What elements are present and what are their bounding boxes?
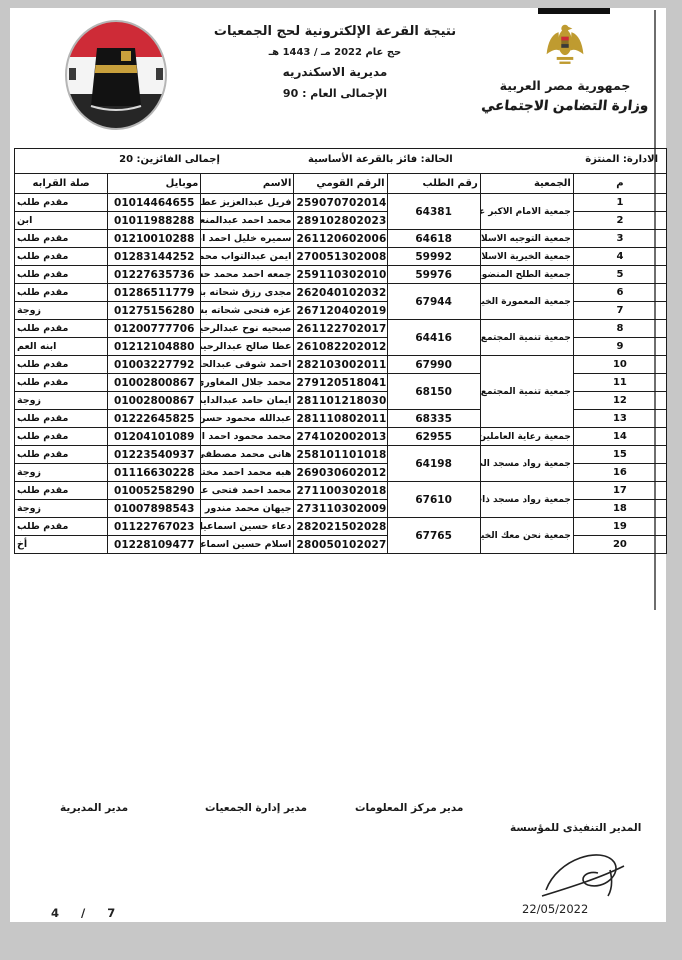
cell-request-number: 67944 bbox=[387, 284, 480, 320]
cell-serial: 9 bbox=[573, 338, 666, 356]
cell-mobile: 01014464655 bbox=[108, 194, 201, 212]
page-separator: / bbox=[81, 906, 85, 920]
cell-relation: زوجة bbox=[15, 392, 108, 410]
scanned-document-canvas: نتيجة القرعة الإلكترونية لحج الجمعيات حج… bbox=[0, 0, 682, 960]
signatory-associations-admin-manager: مدير إدارة الجمعيات bbox=[205, 802, 307, 814]
cell-request-number: 64416 bbox=[387, 320, 480, 356]
cell-serial: 5 bbox=[573, 266, 666, 284]
cell-serial: 12 bbox=[573, 392, 666, 410]
directorate-line: مديرية الاسكندريه bbox=[195, 65, 475, 79]
cell-relation: مقدم طلب bbox=[15, 194, 108, 212]
cell-national-id: 28210300201172 bbox=[294, 356, 387, 374]
column-header-c-nid: الرقم القومي bbox=[294, 174, 387, 194]
cell-mobile: 01007898543 bbox=[108, 500, 201, 518]
page-number: 4/7 bbox=[40, 906, 126, 920]
document-title-block: نتيجة القرعة الإلكترونية لحج الجمعيات حج… bbox=[195, 24, 475, 100]
cell-name: صبحيه نوح عبدالرحيم عبدالرحمن bbox=[201, 320, 294, 338]
signatory-executive-director: المدير التنفيذى للمؤسسة bbox=[510, 822, 641, 834]
cell-mobile: 01003227792 bbox=[108, 356, 201, 374]
column-header-c-mob: موبايل bbox=[108, 174, 201, 194]
cell-relation: مقدم طلب bbox=[15, 356, 108, 374]
cell-serial: 20 bbox=[573, 536, 666, 554]
cell-name: عزه فتحى شحاته بسيونى سليم bbox=[201, 302, 294, 320]
cell-name: اسلام حسين اسماعيل محمد فراج bbox=[201, 536, 294, 554]
cell-association: جمعية التوجيه الاسلامى لابناء العصافرة bbox=[480, 230, 573, 248]
cell-request-number: 62955 bbox=[387, 428, 480, 446]
cell-relation: أخ bbox=[15, 536, 108, 554]
cell-serial: 4 bbox=[573, 248, 666, 266]
cell-name: جيهان محمد مندور يوسف مرسى bbox=[201, 500, 294, 518]
cell-name: هانى محمد مصطفى الميقاتى bbox=[201, 446, 294, 464]
cell-request-number: 59992 bbox=[387, 248, 480, 266]
cell-request-number: 67990 bbox=[387, 356, 480, 374]
cell-national-id: 28110121803041 bbox=[294, 392, 387, 410]
cell-association: جمعية تنمية المجتمع بمدينة السماد bbox=[480, 356, 573, 428]
cell-request-number: 64618 bbox=[387, 230, 480, 248]
table-row: 19جمعية نحن معك الخيرية67765282021502028… bbox=[15, 518, 667, 536]
document-title: نتيجة القرعة الإلكترونية لحج الجمعيات bbox=[195, 24, 475, 39]
cell-serial: 2 bbox=[573, 212, 666, 230]
country-name: جمهورية مصر العربية bbox=[480, 78, 650, 93]
cell-mobile: 01275156280 bbox=[108, 302, 201, 320]
cell-association: جمعية الخيرية الاسلامية بمسجد السيوف بحر… bbox=[480, 248, 573, 266]
cell-name: عطا صالح عبدالرحيم عبدالرحمن bbox=[201, 338, 294, 356]
cell-name: ايمن عبدالتواب محمود محمد طايل bbox=[201, 248, 294, 266]
document-date: 22/05/2022 bbox=[522, 902, 588, 916]
column-header-c-req: رقم الطلب bbox=[387, 174, 480, 194]
cell-national-id: 28202150202822 bbox=[294, 518, 387, 536]
cell-mobile: 01210010288 bbox=[108, 230, 201, 248]
cell-mobile: 01002800867 bbox=[108, 392, 201, 410]
cell-national-id: 26712040201902 bbox=[294, 302, 387, 320]
cell-association: جمعية رواد مسجد الطويل bbox=[480, 446, 573, 482]
ministry-name: وزارة التضامن الاجتماعي bbox=[479, 98, 651, 114]
table-row: 4جمعية الخيرية الاسلامية بمسجد السيوف بح… bbox=[15, 248, 667, 266]
cell-national-id: 26204010203271 bbox=[294, 284, 387, 302]
cell-national-id: 26108220201248 bbox=[294, 338, 387, 356]
cell-relation: مقدم طلب bbox=[15, 248, 108, 266]
cell-relation: زوجة bbox=[15, 464, 108, 482]
cell-name: دعاء حسين اسماعيل محمد فراج bbox=[201, 518, 294, 536]
cell-national-id: 25907070201461 bbox=[294, 194, 387, 212]
cell-name: سميره خليل احمد ابراهيم bbox=[201, 230, 294, 248]
cell-serial: 13 bbox=[573, 410, 666, 428]
cell-serial: 18 bbox=[573, 500, 666, 518]
cell-relation: مقدم طلب bbox=[15, 410, 108, 428]
cell-relation: ابنه العم bbox=[15, 338, 108, 356]
table-row: 17جمعية رواد مسجد ذات النطاقين للتنمية67… bbox=[15, 482, 667, 500]
cell-serial: 10 bbox=[573, 356, 666, 374]
cell-request-number: 68335 bbox=[387, 410, 480, 428]
cell-relation: مقدم طلب bbox=[15, 284, 108, 302]
document-page: نتيجة القرعة الإلكترونية لحج الجمعيات حج… bbox=[10, 8, 666, 922]
cell-relation: مقدم طلب bbox=[15, 518, 108, 536]
cell-serial: 3 bbox=[573, 230, 666, 248]
cell-name: محمد احمد عبدالمنعم محمد سردينه bbox=[201, 212, 294, 230]
cell-serial: 1 bbox=[573, 194, 666, 212]
table-row: 3جمعية التوجيه الاسلامى لابناء العصافرة6… bbox=[15, 230, 667, 248]
cell-relation: ابن bbox=[15, 212, 108, 230]
table-row: 5جمعية الطلح المنضود5997625911030201075ج… bbox=[15, 266, 667, 284]
cell-name: احمد شوقى عبدالحليم عبده العفيفى bbox=[201, 356, 294, 374]
cell-association: جمعية الطلح المنضود bbox=[480, 266, 573, 284]
cell-request-number: 67610 bbox=[387, 482, 480, 518]
table-row: 8جمعية تنمية المجتمع بعزبة عرامة64416261… bbox=[15, 320, 667, 338]
cell-association: جمعية تنمية المجتمع بعزبة عرامة bbox=[480, 320, 573, 356]
cell-national-id: 27110030201894 bbox=[294, 482, 387, 500]
cell-national-id: 25911030201075 bbox=[294, 266, 387, 284]
table-header-row: مالجمعيةرقم الطلبالرقم القوميالاسمموبايل… bbox=[15, 174, 667, 194]
cell-national-id: 27912051804113 bbox=[294, 374, 387, 392]
cell-name: هبه محمد احمد مختار bbox=[201, 464, 294, 482]
cell-national-id: 26112060200689 bbox=[294, 230, 387, 248]
cell-relation: زوجة bbox=[15, 500, 108, 518]
signatory-directorate-manager: مدير المديرية bbox=[60, 802, 128, 814]
cell-name: ايمان حامد عبدالدايم فتح الله محيسن bbox=[201, 392, 294, 410]
table-row: 6جمعية المعمورة الخيرية الاسلامية6794426… bbox=[15, 284, 667, 302]
table-row: 1جمعية الامام الاكبر عبد الحليم محمود643… bbox=[15, 194, 667, 212]
cell-serial: 6 bbox=[573, 284, 666, 302]
cell-mobile: 01204101089 bbox=[108, 428, 201, 446]
cell-association: جمعية المعمورة الخيرية الاسلامية bbox=[480, 284, 573, 320]
cell-serial: 19 bbox=[573, 518, 666, 536]
cell-association: جمعية رواد مسجد ذات النطاقين للتنمية bbox=[480, 482, 573, 518]
cell-national-id: 27005130200897 bbox=[294, 248, 387, 266]
cell-national-id: 28005010202733 bbox=[294, 536, 387, 554]
cell-mobile: 01283144252 bbox=[108, 248, 201, 266]
cell-mobile: 01116630228 bbox=[108, 464, 201, 482]
cell-relation: مقدم طلب bbox=[15, 266, 108, 284]
cell-name: محمد احمد فتحى عبدالفتاح محمد bbox=[201, 482, 294, 500]
cell-mobile: 01011988288 bbox=[108, 212, 201, 230]
egypt-eagle-emblem-icon bbox=[542, 55, 588, 74]
column-header-c-name: الاسم bbox=[201, 174, 294, 194]
cell-mobile: 01122767023 bbox=[108, 518, 201, 536]
cell-relation: مقدم طلب bbox=[15, 230, 108, 248]
cell-national-id: 27311030200982 bbox=[294, 500, 387, 518]
signatory-information-center-manager: مدير مركز المعلومات bbox=[355, 802, 463, 814]
cell-national-id: 28111080201119 bbox=[294, 410, 387, 428]
column-header-c-assoc: الجمعية bbox=[480, 174, 573, 194]
cell-name: محمد جلال المغاورى محمد الضوى bbox=[201, 374, 294, 392]
cell-association: جمعية نحن معك الخيرية bbox=[480, 518, 573, 554]
cell-national-id: 26903060201241 bbox=[294, 464, 387, 482]
cell-request-number: 59976 bbox=[387, 266, 480, 284]
cell-serial: 16 bbox=[573, 464, 666, 482]
cell-mobile: 01002800867 bbox=[108, 374, 201, 392]
status-label: الحالة: فائز بالقرعة الأساسية bbox=[308, 154, 453, 165]
total-winners-label: إجمالى الفائزين: 20 bbox=[119, 154, 220, 165]
cell-mobile: 01222645825 bbox=[108, 410, 201, 428]
scan-artifact-top-mark bbox=[538, 8, 610, 14]
cell-serial: 15 bbox=[573, 446, 666, 464]
cell-association: جمعية الامام الاكبر عبد الحليم محمود bbox=[480, 194, 573, 230]
cell-national-id: 25810110101852 bbox=[294, 446, 387, 464]
table-row: 14جمعية رعاية العاملين واسرهم بشركة ابير… bbox=[15, 428, 667, 446]
table-row: 10جمعية تنمية المجتمع بمدينة السماد67990… bbox=[15, 356, 667, 374]
kaaba-association-stamp-icon bbox=[63, 18, 169, 132]
table-row: 15جمعية رواد مسجد الطويل6419825810110101… bbox=[15, 446, 667, 464]
cell-request-number: 64381 bbox=[387, 194, 480, 230]
cell-mobile: 01228109477 bbox=[108, 536, 201, 554]
cell-mobile: 01227635736 bbox=[108, 266, 201, 284]
cell-relation: زوجة bbox=[15, 302, 108, 320]
cell-national-id: 27410200201391 bbox=[294, 428, 387, 446]
cell-mobile: 01200777706 bbox=[108, 320, 201, 338]
column-header-c-rel: صلة القرابه bbox=[15, 174, 108, 194]
administration-label: الادارة: المنتزة bbox=[585, 154, 658, 165]
cell-name: مجدى رزق شحاته بسيونى سليم bbox=[201, 284, 294, 302]
cell-serial: 17 bbox=[573, 482, 666, 500]
grand-total-line: الإجمالى العام : 90 bbox=[195, 87, 475, 100]
signature-scribble bbox=[540, 840, 640, 908]
page-current: 4 bbox=[51, 906, 59, 920]
cell-serial: 14 bbox=[573, 428, 666, 446]
cell-request-number: 67765 bbox=[387, 518, 480, 554]
hajj-year-line: حج عام 2022 مـ / 1443 هـ bbox=[195, 47, 475, 58]
column-header-c-num: م bbox=[573, 174, 666, 194]
cell-name: جمعه احمد محمد حسن bbox=[201, 266, 294, 284]
cell-serial: 8 bbox=[573, 320, 666, 338]
cell-mobile: 01286511779 bbox=[108, 284, 201, 302]
cell-relation: مقدم طلب bbox=[15, 374, 108, 392]
cell-relation: مقدم طلب bbox=[15, 446, 108, 464]
page-total: 7 bbox=[107, 906, 115, 920]
cell-serial: 11 bbox=[573, 374, 666, 392]
cell-mobile: 01223540937 bbox=[108, 446, 201, 464]
table-info-row: الادارة: المنتزة الحالة: فائز بالقرعة ال… bbox=[15, 149, 667, 174]
lottery-results-table: الادارة: المنتزة الحالة: فائز بالقرعة ال… bbox=[14, 148, 667, 554]
cell-name: عبدالله محمود حسن على نجم bbox=[201, 410, 294, 428]
cell-association: جمعية رعاية العاملين واسرهم بشركة ابيروم bbox=[480, 428, 573, 446]
cell-mobile: 01005258290 bbox=[108, 482, 201, 500]
cell-relation: مقدم طلب bbox=[15, 482, 108, 500]
cell-serial: 7 bbox=[573, 302, 666, 320]
cell-relation: مقدم طلب bbox=[15, 428, 108, 446]
cell-national-id: 26112270201769 bbox=[294, 320, 387, 338]
cell-mobile: 01212104880 bbox=[108, 338, 201, 356]
cell-request-number: 64198 bbox=[387, 446, 480, 482]
state-emblem-block: جمهورية مصر العربية وزارة التضامن الاجتم… bbox=[480, 20, 650, 114]
cell-name: فريل عبدالعزيز عطيه عبدالجليل دويدار bbox=[201, 194, 294, 212]
cell-relation: مقدم طلب bbox=[15, 320, 108, 338]
cell-name: محمد محمود احمد الرفاعى bbox=[201, 428, 294, 446]
cell-national-id: 28910280202331 bbox=[294, 212, 387, 230]
cell-request-number: 68150 bbox=[387, 374, 480, 410]
